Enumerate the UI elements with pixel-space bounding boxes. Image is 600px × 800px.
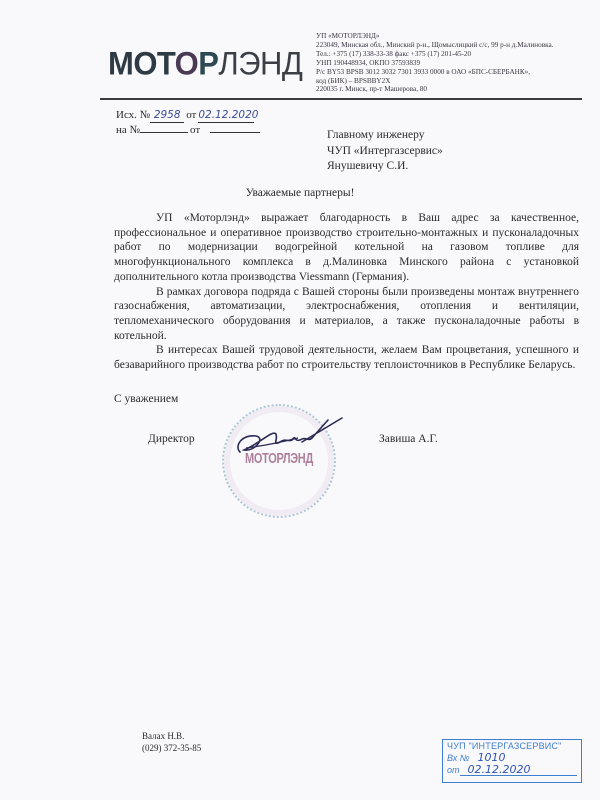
reply-number-label: на № [116, 123, 140, 137]
incoming-date-label: от [447, 765, 460, 775]
logo-part: Р [198, 45, 218, 82]
logo-part: ЛЭНД [218, 45, 302, 82]
out-number: 2958 [150, 108, 184, 123]
letter-body: УП «Моторлэнд» выражает благодарность в … [114, 211, 579, 373]
company-logo: МОТОРЛЭНД [108, 45, 302, 83]
addressee-company: ЧУП «Интергазсервис» [327, 144, 443, 160]
out-number-label: Исх. № [116, 108, 150, 122]
company-bank-account: Р/с BY53 BPSB 3012 3032 7301 3933 0000 в… [316, 68, 554, 77]
closing-phrase: С уважением [114, 393, 178, 405]
company-bank-address: 220035 г. Минск, пр-т Машерова, 80 [316, 85, 554, 94]
incoming-stamp-org: ЧУП "ИНТЕРГАЗСЕРВИС" [447, 741, 577, 751]
company-address: 223049, Минская обл., Минский р-н., Щомы… [316, 41, 554, 50]
reply-date-label: от [190, 123, 200, 137]
signature-icon [232, 412, 352, 462]
executor-name: Валах Н.В. [142, 731, 201, 743]
company-bic: код (БИК) – BPSBBY2X [316, 77, 554, 86]
reply-number [140, 132, 188, 133]
company-unp: УНП 190448934, ОКПО 37593839 [316, 59, 554, 68]
company-details: УП «МОТОРЛЭНД» 223049, Минская обл., Мин… [316, 32, 554, 94]
letter-page: МОТОРЛЭНД УП «МОТОРЛЭНД» 223049, Минская… [0, 0, 600, 800]
salutation: Уважаемые партнеры! [0, 187, 600, 199]
reply-date [210, 132, 260, 133]
outgoing-reference: Исх. № 2958 от 02.12.2020 на № от [116, 108, 260, 137]
executor-phone: (029) 372-35-85 [142, 743, 201, 755]
addressee-position: Главному инженеру [327, 128, 443, 144]
logo-part: МОТ [108, 45, 175, 82]
signatory-title: Директор [148, 433, 195, 445]
header-divider [100, 98, 582, 100]
out-date: 02.12.2020 [198, 108, 254, 123]
body-paragraph: В рамках договора подряда с Вашей сторон… [114, 285, 579, 344]
incoming-registration-stamp: ЧУП "ИНТЕРГАЗСЕРВИС" Вх № 1010 от 02.12.… [442, 739, 582, 783]
incoming-date: 02.12.2020 [460, 764, 577, 776]
executor-block: Валах Н.В. (029) 372-35-85 [142, 731, 201, 754]
body-paragraph: В интересах Вашей трудовой деятельности,… [114, 343, 579, 372]
logo-part: О [175, 45, 199, 82]
company-phone: Тел.: +375 (17) 338-33-38 факс +375 (17)… [316, 50, 554, 59]
addressee-block: Главному инженеру ЧУП «Интергазсервис» Я… [327, 128, 443, 175]
out-date-label: от [186, 108, 196, 122]
incoming-number-label: Вх № [447, 753, 469, 763]
body-paragraph: УП «Моторлэнд» выражает благодарность в … [114, 211, 579, 285]
company-name: УП «МОТОРЛЭНД» [316, 32, 554, 41]
addressee-name: Янушевичу С.И. [327, 159, 443, 175]
incoming-number: 1010 [469, 752, 577, 763]
signatory-name: Завиша А.Г. [379, 433, 438, 445]
